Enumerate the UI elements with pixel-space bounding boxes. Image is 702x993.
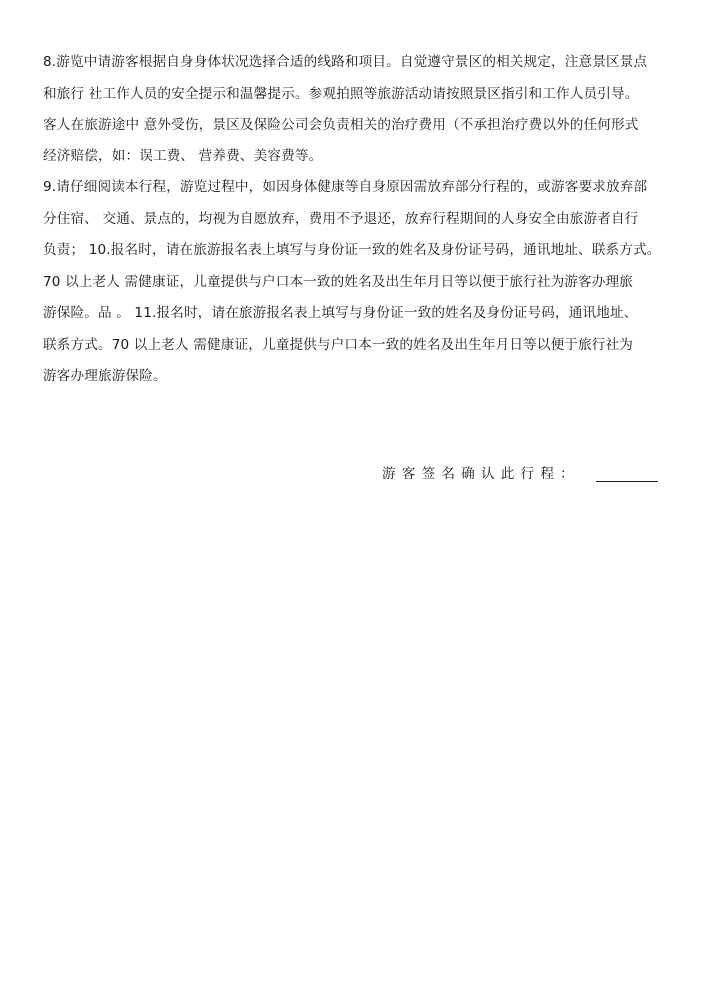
signature-blank-line[interactable] xyxy=(596,481,658,482)
paragraph-line: 客人在旅游途中 意外受伤，景区及保险公司会负责相关的治疗费用（不承担治疗费以外的… xyxy=(43,116,638,134)
signature-label: 游客签名确认此行程： xyxy=(382,465,580,483)
paragraph-line: 负责； 10.报名时，请在旅游报名表上填写与身份证一致的姓名及身份证号码，通讯地… xyxy=(43,241,661,259)
paragraph-line: 经济赔偿，如：误工费、 营养费、美容费等。 xyxy=(43,147,322,165)
paragraph-line: 游保险。品 。 11.报名时，请在旅游报名表上填写与身份证一致的姓名及身份证号码… xyxy=(43,304,638,322)
paragraph-line: 70 以上老人 需健康证，儿童提供与户口本一致的姓名及出生年月日等以便于旅行社为… xyxy=(43,273,633,291)
paragraph-line: 和旅行 社工作人员的安全提示和温馨提示。参观拍照等旅游活动请按照景区指引和工作人… xyxy=(43,85,638,103)
paragraph-line: 9.请仔细阅读本行程，游览过程中，如因身体健康等自身原因需放弃部分行程的，或游客… xyxy=(43,178,647,196)
paragraph-line: 游客办理旅游保险。 xyxy=(43,367,167,385)
paragraph-line: 分住宿、 交通、景点的，均视为自愿放弃，费用不予退还，放弃行程期间的人身安全由旅… xyxy=(43,210,638,228)
document-page: 8.游览中请游客根据自身身体状况选择合适的线路和项目。自觉遵守景区的相关规定，注… xyxy=(0,0,702,993)
paragraph-line: 联系方式。70 以上老人 需健康证，儿童提供与户口本一致的姓名及出生年月日等以便… xyxy=(43,336,633,354)
paragraph-line: 8.游览中请游客根据自身身体状况选择合适的线路和项目。自觉遵守景区的相关规定，注… xyxy=(43,53,647,71)
